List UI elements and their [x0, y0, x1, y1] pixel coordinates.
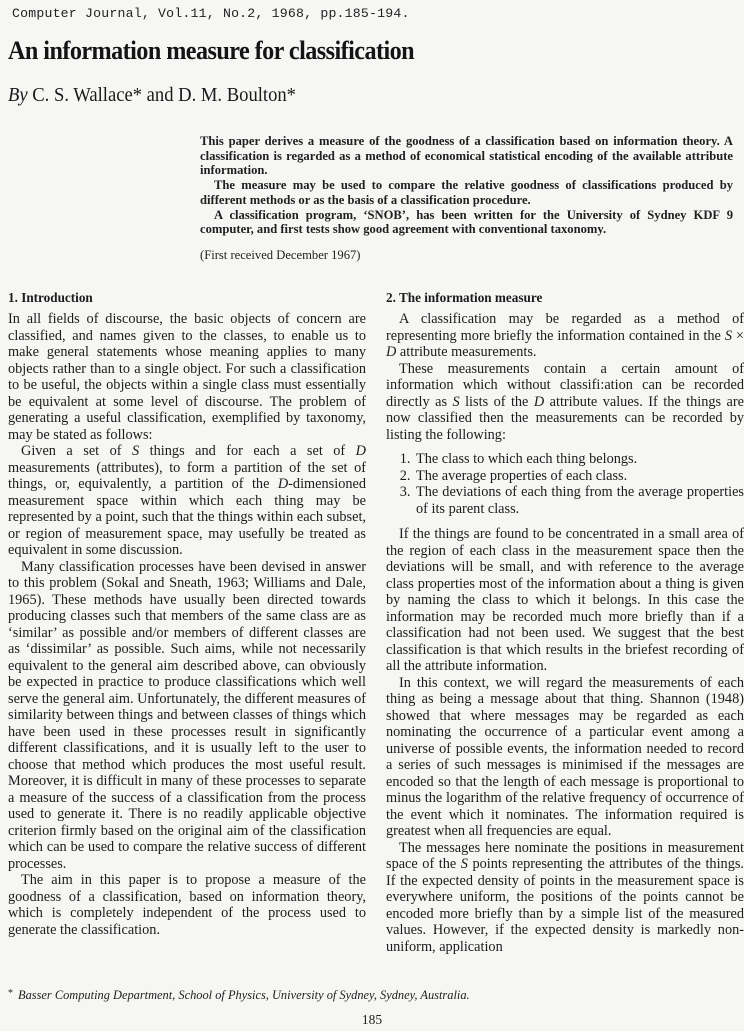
paragraph: The messages here nominate the positions… [386, 840, 744, 956]
paragraph: In this context, we will regard the meas… [386, 675, 744, 840]
paper-title: An information measure for classificatio… [8, 36, 414, 66]
abstract-paragraph: The measure may be used to compare the r… [200, 178, 733, 207]
left-column: 1. Introduction In all fields of discour… [8, 290, 366, 938]
numbered-list: The class to which each thing belongs. T… [386, 451, 744, 517]
journal-citation: Computer Journal, Vol.11, No.2, 1968, pp… [12, 6, 410, 21]
paragraph: Given a set of S things and for each a s… [8, 443, 366, 559]
paragraph: Many classification processes have been … [8, 559, 366, 873]
footnote: *Basser Computing Department, School of … [8, 988, 470, 1003]
page-number: 185 [0, 1012, 744, 1028]
byline: By C. S. Wallace* and D. M. Boulton* [8, 84, 296, 107]
right-column: 2. The information measure A classificat… [386, 290, 744, 955]
section-heading-information-measure: 2. The information measure [386, 290, 744, 306]
list-item: The deviations of each thing from the av… [414, 484, 744, 517]
byline-by: By [8, 84, 28, 106]
abstract-paragraph: This paper derives a measure of the good… [200, 134, 733, 178]
list-item: The average properties of each class. [414, 468, 744, 485]
received-date: (First received December 1967) [200, 248, 361, 263]
paragraph: In all fields of discourse, the basic ob… [8, 311, 366, 443]
footnote-text: Basser Computing Department, School of P… [18, 988, 470, 1002]
paragraph: If the things are found to be concentrat… [386, 526, 744, 675]
paragraph: These measurements contain a certain amo… [386, 361, 744, 444]
list-item: The class to which each thing belongs. [414, 451, 744, 468]
abstract: This paper derives a measure of the good… [200, 134, 733, 237]
section-heading-introduction: 1. Introduction [8, 290, 366, 306]
paragraph: A classification may be regarded as a me… [386, 311, 744, 361]
paragraph: The aim in this paper is to propose a me… [8, 872, 366, 938]
abstract-paragraph: A classification program, ‘SNOB’, has be… [200, 208, 733, 237]
authors: C. S. Wallace* and D. M. Boulton* [32, 84, 296, 106]
footnote-marker: * [8, 988, 13, 999]
